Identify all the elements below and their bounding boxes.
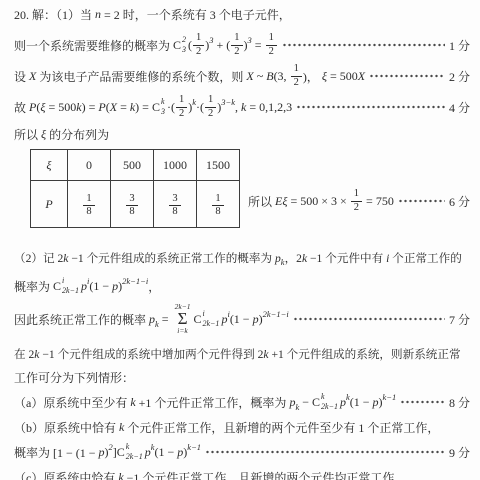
line-cases-intro: 工作可分为下列情形： [14,367,470,387]
text-run: 个正常工作的 [389,250,461,266]
subscripted-variable: pk [289,395,299,410]
text-run: ) = [82,100,99,115]
score-mark: 6 分 [449,193,470,210]
dotted-leader [398,195,445,207]
fraction: 38 [169,193,180,218]
text-run: −1 个元件中有 [307,250,386,266]
text-run: = 500 × 3 × [287,194,349,209]
superscript: k [346,392,350,402]
text-run: +1 个元件正常工作，概率为 [136,394,290,411]
text-run: ) = [135,100,152,115]
text-run: = [117,100,130,115]
scripts: k3 [161,97,165,117]
line-system-work-probability: 因此系统正常工作的概率 pk = 2k−1Σi=kCi2k−1pi(1 − p)… [14,300,470,338]
numerator: 1 [212,193,223,206]
symbol-C: C [53,279,61,294]
superscript: k−1 [383,392,397,402]
text-run: 所以 [14,126,41,143]
denominator: 2 [193,46,204,58]
math-variable: X [358,69,365,84]
table-header-value: 1500 [197,150,240,181]
score-mark: 2 分 [449,68,470,85]
text-run: −1 个元件正常工作，且新增的两个元件均正常工作， [124,469,407,480]
text-run: 20. 解：（1）当 [14,6,95,23]
binomial-coefficient: Ci2k−1 [53,276,81,296]
scripts: k2k−1 [126,442,143,462]
upper-index: i [202,309,219,319]
dotted-leader [296,101,445,113]
text-run: = 750 [363,194,394,209]
numerator: 1 [83,193,94,206]
text-run: 故 [14,99,29,116]
text-run: −1 个元件组成的系统正常工作的概率为 [68,250,275,266]
text-run: = 500 [327,69,358,84]
text-run: 工作可分为下列情形： [14,369,134,386]
scripts: i2k−1 [202,309,219,329]
text-run: − [299,395,312,410]
line-problem-start: 20. 解：（1）当 n = 2 时，一个系统有 3 个电子元件， [14,4,470,24]
dotted-leader [400,396,445,408]
text-run: = 2 时，一个系统有 3 个电子元件， [101,6,291,23]
text-run: 的分布列为 [46,126,109,143]
math-variable: P [29,100,36,115]
denominator: 8 [169,206,180,218]
denominator: 2 [291,77,302,89]
fraction: 12 [351,188,362,213]
denominator: 2 [351,202,362,214]
summation: 2k−1Σi=k [175,303,191,335]
math-variable: X [110,100,117,115]
table-and-expectation-row: ξ050010001500P18383818 所以 Eξ = 500 × 3 ×… [30,149,470,228]
score-mark: 7 分 [449,311,470,328]
upper-index: k [126,442,143,452]
denominator: 2 [266,46,277,58]
denominator: 2 [176,108,187,120]
lower-index: 2k−1 [321,402,338,412]
table-header-value: 0 [68,150,111,181]
text-run: 为该电子产品需要维修的系统个数，则 [36,68,246,85]
denominator: 2 [205,108,216,120]
lower-index: 2k−1 [62,286,79,296]
fraction: 12 [176,94,187,119]
symbol-C: C [312,395,320,410]
numerator: 1 [193,32,204,45]
fraction: 18 [212,193,223,218]
numerator: 3 [169,193,180,206]
text-run: (1 − [155,445,178,460]
subscripted-variable: pk [275,252,285,265]
numerator: 1 [291,63,302,76]
table-header-value: 1000 [154,150,197,181]
text-run: （a）原系统中至少有 [14,394,130,411]
subscript: k [155,319,159,329]
line-distribution-setup: 设 X 为该电子产品需要维修的系统个数，则 X ~ B(3, 12)， ξ = … [14,61,470,91]
table-header-xi: ξ [31,150,68,181]
dotted-leader [282,39,445,51]
distribution-table: ξ050010001500P18383818 [30,149,240,228]
line-expectation: 所以 Eξ = 500 × 3 × 12 = 7506 分 [248,185,470,217]
superscript: 3 [209,35,213,45]
superscript: i [87,276,89,286]
fraction: 12 [205,94,216,119]
line-case-c: （c）原系统中恰有 k −1 个元件正常工作，且新增的两个元件均正常工作， [14,467,470,480]
math-variable: B [266,69,273,84]
text-run: 个元件正常工作，且新增的两个元件至少有 1 个正常工作， [124,419,439,436]
numerator: 1 [351,188,362,201]
upper-index: k [161,97,165,107]
text-run: (1 − [230,312,253,327]
subscript: k [295,402,299,412]
numerator: 1 [231,32,242,45]
score-mark: 1 分 [449,37,470,54]
lower-index: 3 [182,45,186,55]
sigma-symbol: Σ [178,311,188,326]
sum-lower-limit: i=k [177,327,187,335]
binomial-coefficient: C23 [173,35,188,55]
text-run: + ( [214,38,231,53]
fraction: 12 [266,32,277,57]
line-case-b: （b）原系统中恰有 k 个元件正常工作，且新增的两个元件至少有 1 个正常工作， [14,417,470,437]
text-run: )， [303,68,322,85]
text-run: (1 − [89,279,112,294]
text-run: 所以 [248,193,275,210]
lower-index: 2k−1 [202,319,219,329]
upper-index: i [62,276,79,286]
symbol-C: C [152,100,160,115]
text-run: 因此系统正常工作的概率 [14,311,149,328]
table-prob-value: 18 [197,181,240,228]
table-prob-label: P [31,181,68,228]
table-prob-value: 38 [154,181,197,228]
superscript: k [151,442,155,452]
numerator: 1 [176,94,187,107]
math-variable: X [246,69,253,84]
denominator: 8 [83,206,94,218]
table-header-value: 500 [111,150,154,181]
text-run: （2）记 2 [14,250,63,266]
numerator: 1 [205,94,216,107]
score-mark: 8 分 [449,394,470,411]
text-run: （b）原系统中恰有 [14,419,119,436]
superscript: k [192,97,196,107]
symbol-C: C [117,445,125,460]
line-repair-probability: 则一个系统需要维修的概率为 C23(12)3 + (12)3 = 121 分 [14,29,470,61]
score-mark: 9 分 [449,444,470,461]
denominator: 8 [212,206,223,218]
scripts: i2k−1 [62,276,79,296]
math-variable: P [98,100,105,115]
score-mark: 4 分 [449,99,470,116]
text-run: +1 个元件组成的系统，则新系统正常 [269,346,461,362]
text-run: ， [148,278,160,295]
scripts: k2k−1 [321,392,338,412]
text-run: 在 2 [14,346,34,362]
text-run: 概率为 [1 − (1 − [14,444,99,461]
upper-index: 2 [182,35,186,45]
superscript: 3 [248,35,252,45]
table-prob-value: 38 [111,181,154,228]
text-run: 概率为 [14,278,53,295]
text-run: = [252,38,265,53]
scripts: 23 [182,35,186,55]
subscripted-variable: pk [149,312,159,327]
binomial-coefficient: Ck2k−1 [312,392,340,412]
lower-index: 2k−1 [126,452,143,462]
text-run: = [159,312,172,327]
line-binomial-probability: 概率为 Ci2k−1pi(1 − p)2k−1−i， [14,274,470,298]
fraction: 18 [83,193,94,218]
line-case-b-probability: 概率为 [1 − (1 − p)2]Ck2k−1pk(1 − p)k−19 分 [14,439,470,465]
superscript: 3−k [221,97,235,107]
upper-index: k [321,392,338,402]
table-prob-value: 18 [68,181,111,228]
text-run: −1 个元件组成的系统中增加两个元件得到 2 [39,346,263,362]
text-run: = 0,1,2,3 [246,100,292,115]
numerator: 1 [266,32,277,45]
text-run: 设 [14,68,29,85]
text-run: (3, [274,69,290,84]
dotted-leader [369,70,445,82]
fraction: 12 [291,63,302,88]
text-run: （c）原系统中恰有 [14,469,118,480]
dotted-leader [293,313,445,325]
superscript: 2k−1−i [263,309,289,319]
denominator: 2 [231,46,242,58]
superscript: k−1 [187,442,201,452]
line-pmf-formula: 故 P(ξ = 500k) = P(X = k) = Ck3·(12)k·(12… [14,91,470,123]
fraction: 38 [126,193,137,218]
text-run: ，2 [285,250,302,266]
denominator: 8 [126,206,137,218]
symbol-C: C [173,38,181,53]
numerator: 3 [126,193,137,206]
solution-document: 20. 解：（1）当 n = 2 时，一个系统有 3 个电子元件， 则一个系统需… [0,0,480,480]
binomial-coefficient: Ck3 [152,97,167,117]
superscript: 2k−1−i [122,276,148,286]
text-run: ~ [254,69,267,84]
math-variable: Eξ [275,194,287,209]
text-run: = 500 [46,100,77,115]
binomial-coefficient: Ci2k−1 [193,309,221,329]
symbol-C: C [193,312,201,327]
lower-index: 3 [161,107,165,117]
superscript: 2 [109,442,113,452]
line-part2-intro: （2）记 2k −1 个元件组成的系统正常工作的概率为 pk，2k −1 个元件… [14,248,470,268]
text-run: ( [188,38,192,53]
text-run: (1 − [350,395,373,410]
line-distribution-table-intro: 所以 ξ 的分布列为 [14,125,470,143]
subscript: k [281,257,285,267]
line-add-elements: 在 2k −1 个元件组成的系统中增加两个元件得到 2k +1 个元件组成的系统… [14,344,470,364]
line-case-a: （a）原系统中至少有 k +1 个元件正常工作，概率为 pk − Ck2k−1p… [14,389,470,415]
math-variable: X [29,69,36,84]
text-run: ·( [167,100,175,115]
binomial-coefficient: Ck2k−1 [117,442,145,462]
fraction: 12 [193,32,204,57]
superscript: i [227,309,229,319]
text-run: 则一个系统需要维修的概率为 [14,37,173,54]
fraction: 12 [231,32,242,57]
dotted-leader [205,446,445,458]
text-run: ·( [196,100,204,115]
